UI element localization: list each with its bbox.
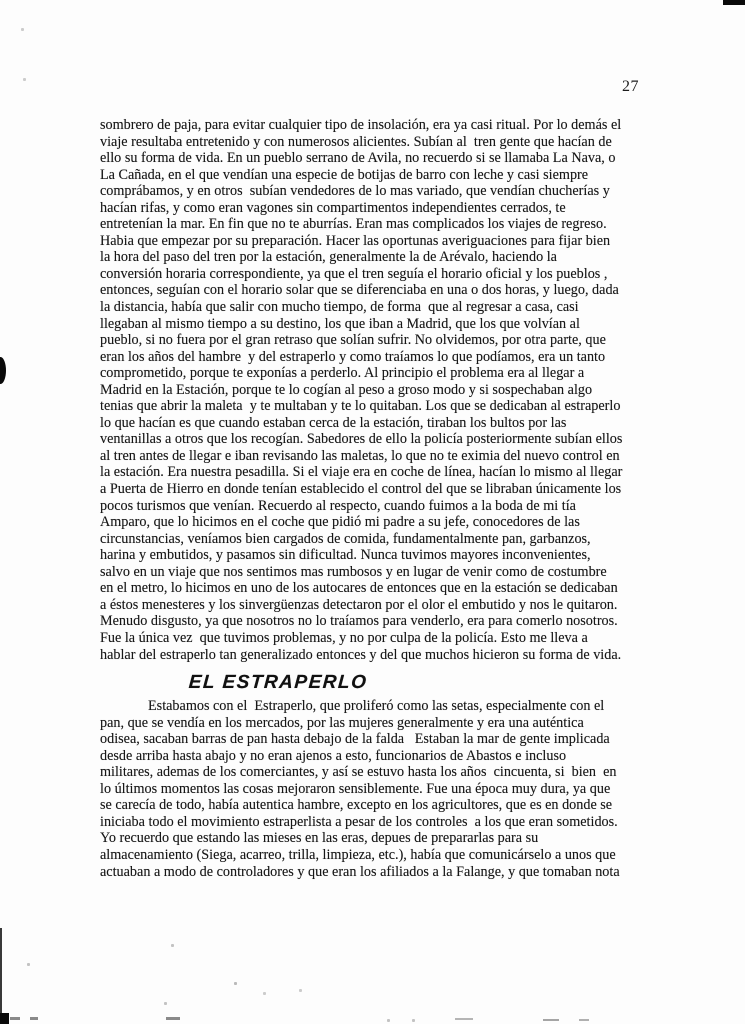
- text-line: tenias que abrir la maleta y te multaban…: [100, 398, 666, 415]
- text-line: lo que hacían es que cuando estaban cerc…: [100, 415, 666, 432]
- scan-speck: [164, 1002, 167, 1005]
- scan-smudge: [166, 1017, 180, 1020]
- text-line: Amparo, que lo hicimos en el coche que p…: [100, 514, 666, 531]
- text-line: hablar del estraperlo tan generalizado e…: [100, 647, 666, 664]
- section-heading-el-estraperlo: EL ESTRAPERLO: [188, 672, 668, 694]
- text-line: Madrid en la Estación, porque te lo cogí…: [100, 382, 666, 399]
- scanned-page: 27 sombrero de paja, para evitar cualqui…: [0, 0, 745, 1024]
- scan-smudge: [579, 1019, 589, 1021]
- text-line: ventanillas a otros que los recogían. Sa…: [100, 431, 666, 448]
- scan-smudge: [30, 1017, 38, 1020]
- text-line: llegaban al mismo tiempo a su destino, l…: [100, 316, 666, 333]
- paragraph-el-estraperlo: Estabamos con el Estraperlo, que prolife…: [100, 698, 666, 880]
- text-line: entretenían la mar. En fin que no te abu…: [100, 216, 666, 233]
- text-line: la hora del paso del tren por la estació…: [100, 249, 666, 266]
- scan-smudge: [10, 1017, 20, 1020]
- text-line: entonces, seguían con el horario solar q…: [100, 282, 666, 299]
- text-line: sombrero de paja, para evitar cualquier …: [100, 117, 666, 134]
- text-line: militares, ademas de los comerciantes, y…: [100, 764, 666, 781]
- scan-speck: [23, 78, 26, 81]
- text-line: la estación. Era nuestra pesadilla. Si e…: [100, 464, 666, 481]
- text-line: Estabamos con el Estraperlo, que prolife…: [100, 698, 666, 715]
- text-line: en el metro, lo hicimos en uno de los au…: [100, 580, 666, 597]
- text-line: Fue la única vez que tuvimos problemas, …: [100, 630, 666, 647]
- text-line: odisea, sacaban barras de pan hasta deba…: [100, 731, 666, 748]
- text-line: circunstancias, veníamos bien cargados d…: [100, 531, 666, 548]
- text-line: La Cañada, en el que vendían una especie…: [100, 167, 666, 184]
- paragraph-travel-memories: sombrero de paja, para evitar cualquier …: [100, 117, 666, 663]
- text-line: Habia que empezar por su preparación. Ha…: [100, 233, 666, 250]
- text-line: ello su forma de vida. En un pueblo serr…: [100, 150, 666, 167]
- scan-speck: [21, 28, 24, 31]
- scan-mark-left-edge-blob: [0, 357, 6, 384]
- text-line: la distancia, había que salir con mucho …: [100, 299, 666, 316]
- scan-mark-bottom-left-corner: [0, 1013, 9, 1024]
- text-line: comprábamos, y en otros subían vendedore…: [100, 183, 666, 200]
- scan-mark-top-right-corner: [723, 0, 745, 5]
- text-line: conversión horaria correspondiente, ya q…: [100, 266, 666, 283]
- text-line: comprometido, porque te exponías a perde…: [100, 365, 666, 382]
- text-line: se carecía de todo, había autentica hamb…: [100, 797, 666, 814]
- page-number: 27: [622, 78, 639, 96]
- scan-speck: [27, 963, 30, 966]
- text-line: harina y embutidos, y pasamos sin dificu…: [100, 547, 666, 564]
- text-line: Yo recuerdo que estando las mieses en la…: [100, 830, 666, 847]
- text-line: actuaban a modo de controladores y que e…: [100, 864, 666, 881]
- scan-smudge: [455, 1018, 473, 1020]
- text-line: salvo en un viaje que nos sentimos mas r…: [100, 564, 666, 581]
- text-line: a Puerta de Hierro en donde tenían estab…: [100, 481, 666, 498]
- scan-speck: [234, 982, 237, 985]
- text-line: desde arriba hasta abajo y no eran ajeno…: [100, 748, 666, 765]
- scan-smudge: [543, 1019, 559, 1021]
- text-line: al tren antes de llegar e iban revisando…: [100, 448, 666, 465]
- text-line: a éstos menesteres y los sinvergüenzas d…: [100, 597, 666, 614]
- text-line: pueblo, si no fuera por el gran retraso …: [100, 332, 666, 349]
- text-line: pan, que se vendía en los mercados, por …: [100, 715, 666, 732]
- scan-speck: [412, 1019, 415, 1022]
- text-line: viaje resultaba entretenido y con numero…: [100, 134, 666, 151]
- scan-mark-left-edge-strip: [0, 928, 2, 1024]
- text-line: almacenamiento (Siega, acarreo, trilla, …: [100, 847, 666, 864]
- scan-speck: [387, 1019, 390, 1022]
- scan-speck: [299, 989, 302, 992]
- scan-speck: [263, 992, 266, 995]
- text-line: hacían rifas, y como eran vagones sin co…: [100, 200, 666, 217]
- text-line: iniciaba todo el movimiento estraperlist…: [100, 814, 666, 831]
- text-line: lo últimos momentos las cosas mejoraron …: [100, 781, 666, 798]
- scan-speck: [171, 944, 174, 947]
- body-text: sombrero de paja, para evitar cualquier …: [100, 117, 666, 880]
- text-line: eran los años del hambre y del estraperl…: [100, 349, 666, 366]
- text-line: Menudo disgusto, ya que nosotros no lo t…: [100, 613, 666, 630]
- text-line: pocos turismos que venían. Recuerdo al r…: [100, 498, 666, 515]
